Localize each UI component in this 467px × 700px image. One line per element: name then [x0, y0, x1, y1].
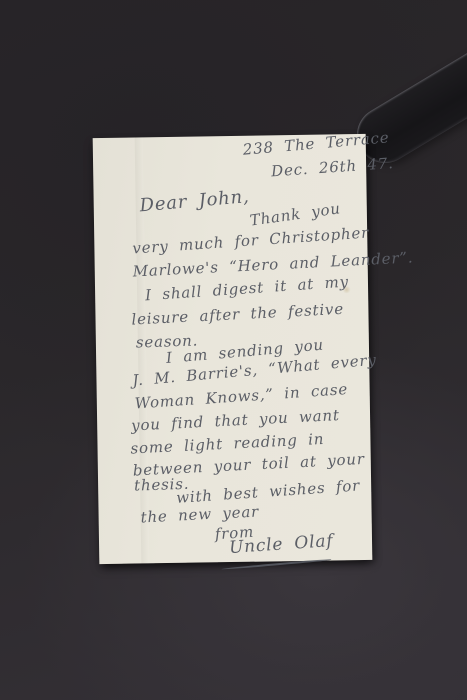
letter-line: Marlowe's “Hero and Leander”. [132, 250, 413, 279]
letter-line: the new year [140, 504, 259, 525]
letter-line: leisure after the festive [131, 302, 344, 328]
date-line: Dec. 26th 47. [271, 156, 394, 179]
letter-line: I shall digest it at my [145, 274, 350, 303]
salutation: Dear John, [139, 188, 250, 215]
letter-paper: 238 The Terrace Dec. 26th 47. Dear John,… [93, 134, 373, 564]
letter-line: Thank you [249, 201, 342, 228]
letter-line: with best wishes for [176, 478, 361, 505]
signature: Uncle Olaf [229, 533, 334, 557]
signature-underline [222, 559, 332, 570]
photo-background: 238 The Terrace Dec. 26th 47. Dear John,… [0, 0, 467, 700]
